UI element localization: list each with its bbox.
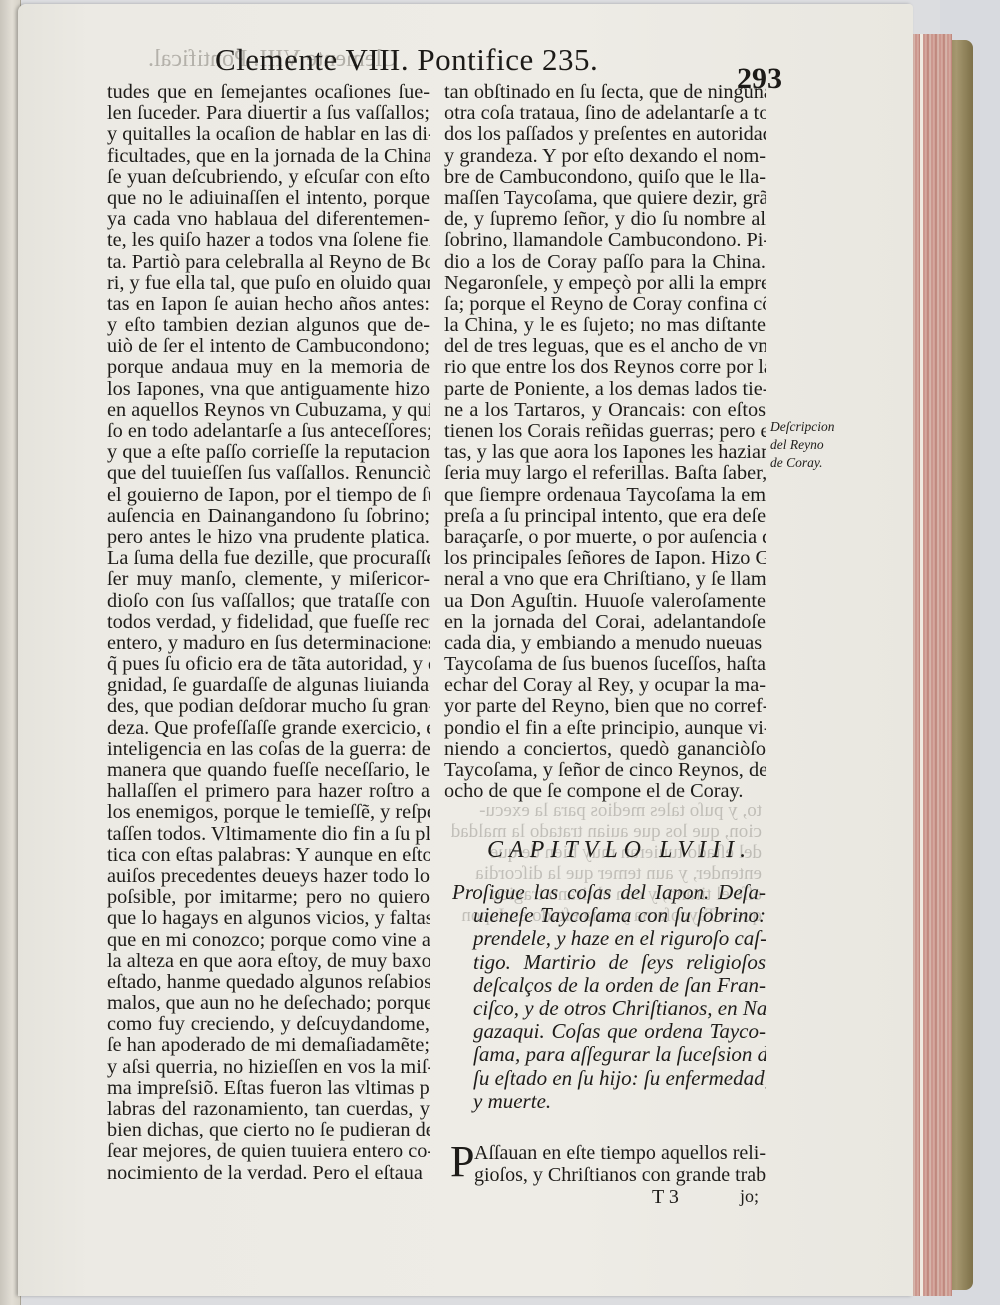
text-line: deſcalços de la orden de ſan Fran- — [452, 974, 766, 997]
text-line: ſa; porque el Reyno de Coray confina cõ — [444, 294, 766, 315]
text-line: prendele, y haze en el riguroſo caſ- — [452, 927, 766, 950]
text-line: y aſsi querria, no hizieſſen en vos la m… — [107, 1057, 430, 1078]
text-line: la China, y le es ſujeto; no mas diſtant… — [444, 315, 766, 336]
text-line: porque andaua muy en la memoria de — [107, 357, 430, 378]
text-line: los Iapones, vna que antiguamente hizo — [107, 379, 430, 400]
text-line: te, les quiſo hazer a todos vna ſolene f… — [107, 230, 430, 251]
text-line: auiſos precedentes deueys hazer todo lo — [107, 866, 430, 887]
text-line: y quitalles la ocaſion de hablar en las … — [107, 124, 430, 145]
text-line: ſe yuan deſcubriendo, y eſcuſar con eſto — [107, 167, 430, 188]
text-line: ficultades, que en la jornada de la Chin… — [107, 146, 430, 167]
text-line: yor parte del Reyno, bien que no corref- — [444, 696, 766, 717]
text-line: poſsible, por imitarme; pero no quiero — [107, 887, 430, 908]
text-line: pero antes le hizo vna prudente platica. — [107, 527, 430, 548]
text-line: el gouierno de Iapon, por el tiempo de ſ… — [107, 485, 430, 506]
text-line: otra coſa trataua, ſino de adelantarſe a… — [444, 103, 766, 124]
text-line: la alteza en que aora eſtoy, de muy baxo — [107, 951, 430, 972]
marginal-note: Deſcripcion del Reyno de Coray. — [770, 418, 850, 472]
text-line: cada dia, y embiando a menudo nueuas a — [444, 633, 766, 654]
text-line: dioſo con ſus vaſſallos; que trataſſe co… — [107, 591, 430, 612]
text-line: ſe han apoderado de mi demaſiadamẽte; — [107, 1035, 430, 1056]
marginal-note-line: del Reyno — [770, 436, 850, 454]
text-line: nocimiento de la verdad. Pero el eſtaua — [107, 1163, 430, 1184]
text-line: dos los paſſados y preſentes en autorida… — [444, 124, 766, 145]
text-line: ri, y fue ella tal, que puſo en oluido q… — [107, 273, 430, 294]
text-line: uiò de ſer el intento de Cambucondono; — [107, 336, 430, 357]
right-text-column: tan obſtinado en ſu ſecta, que de ningun… — [444, 82, 766, 802]
text-line: eſtado, hanme quedado algunos reſabios — [107, 972, 430, 993]
marginal-note-line: de Coray. — [770, 454, 850, 472]
text-line: como fuy creciendo, y deſcuydandome, — [107, 1014, 430, 1035]
text-line: tienen los Corais reñidas guerras; pero … — [444, 421, 766, 442]
text-line: niendo a conciertos, quedò gananciòſo — [444, 739, 766, 760]
text-line: ſear mejores, de quien tuuiera entero co… — [107, 1141, 430, 1162]
text-line: dio a los de Coray paſſo para la China. — [444, 252, 766, 273]
text-line: gioſos, y Chriſtianos con grande traba- — [452, 1165, 766, 1187]
text-line: uieneſe Taycoſama con ſu ſobrino: — [452, 904, 766, 927]
text-line: auſencia en Dainangandono ſu ſobrino; — [107, 506, 430, 527]
chapter-heading: CAPITVLO LVIII. — [487, 837, 767, 864]
text-line: tas, y las que aora los Iapones les hazi… — [444, 442, 766, 463]
text-line: tas en Iapon ſe auian hecho años antes: — [107, 294, 430, 315]
text-line: del de tres leguas, que es el ancho de v… — [444, 336, 766, 357]
text-line: echar del Coray al Rey, y ocupar la ma- — [444, 675, 766, 696]
signature-mark: T 3 — [652, 1186, 679, 1209]
text-line: baraçarſe, o por muerte, o por auſencia … — [444, 527, 766, 548]
text-line: preſa a ſu principal intento, que era de… — [444, 506, 766, 527]
text-line: de, y ſupremo ſeñor, y dio ſu nombre al — [444, 209, 766, 230]
text-line: ocho de que ſe compone el de Coray. — [444, 781, 766, 802]
text-line: y grandeza. Y por eſto dexando el nom- — [444, 146, 766, 167]
text-line: Taycoſama, y ſeñor de cinco Reynos, de — [444, 760, 766, 781]
text-line: y muerte. — [452, 1090, 766, 1113]
text-line: que ſiempre ordenaua Taycoſama la em — [444, 485, 766, 506]
text-line: inteligencia en las coſas de la guerra: … — [107, 739, 430, 760]
left-text-column: tudes que en ſemejantes ocaſiones ſue-le… — [107, 82, 430, 1184]
text-line: ſeria muy largo el referillas. Baſta ſab… — [444, 463, 766, 484]
text-line: ſo en todo adelantarſe a ſus anteceſſore… — [107, 421, 430, 442]
text-line: ma impreſsiõ. Eſtas fueron las vltimas p… — [107, 1078, 430, 1099]
text-line: malos, que aun no he deſechado; porque — [107, 993, 430, 1014]
text-line: tudes que en ſemejantes ocaſiones ſue- — [107, 82, 430, 103]
text-line: len ſuceder. Para diuertir a ſus vaſſall… — [107, 103, 430, 124]
text-line: que en mi conozco; porque como vine a — [107, 930, 430, 951]
text-line: ſer muy manſo, clemente, y miſericor- — [107, 569, 430, 590]
text-line: ciſco, y de otros Chriſtianos, en Nan — [452, 997, 766, 1020]
text-line: ua Don Aguſtin. Huuoſe valeroſamente — [444, 591, 766, 612]
text-line: ſama, para aſſegurar la ſuceſsion de — [452, 1043, 766, 1066]
text-line: tan obſtinado en ſu ſecta, que de ningun… — [444, 82, 766, 103]
text-line: ta. Partiò para celebralla al Reyno de B… — [107, 252, 430, 273]
text-line: los enemigos, porque le temieſſẽ, y reſp… — [107, 802, 430, 823]
text-line: Negaronſele, y empeçò por alli la empre — [444, 273, 766, 294]
text-line: que lo hagays en algunos vicios, y falta… — [107, 908, 430, 929]
text-line: labras del razonamiento, tan cuerdas, y — [107, 1099, 430, 1120]
text-line: Proſigue las coſas del Iapon. Deſa- — [452, 881, 766, 904]
text-line: gnidad, ſe guardaſſe de algunas liuianda… — [107, 675, 430, 696]
text-line: parte de Poniente, a los demas lados tie… — [444, 379, 766, 400]
text-line: hallaſſen el primero para hazer roſtro a — [107, 781, 430, 802]
text-line: gazaqui. Coſas que ordena Tayco- — [452, 1020, 766, 1043]
text-line: deza. Que profeſſaſſe grande exercicio, … — [107, 718, 430, 739]
text-line: y eſto tambien dezian algunos que de- — [107, 315, 430, 336]
text-line: ſu eſtado en ſu hijo: ſu enfermedad, — [452, 1067, 766, 1090]
text-line: ya cada vno hablaua del diferentemen- — [107, 209, 430, 230]
text-line: ne a los Tartaros, y Orancais: con eſtos — [444, 400, 766, 421]
chapter-summary: Proſigue las coſas del Iapon. Deſa-uiene… — [452, 881, 766, 1113]
running-head: Clemente VIII. Pontifice 235. — [215, 42, 645, 82]
text-line: rio que entre los dos Reynos corre por l… — [444, 357, 766, 378]
text-line: manera que quando fueſſe neceſſario, le — [107, 760, 430, 781]
marginal-note-line: Deſcripcion — [770, 418, 850, 436]
text-line: que del tuuieſſen ſus vaſſallos. Renunci… — [107, 463, 430, 484]
text-line: ſobrino, llamandole Cambucondono. Pi- — [444, 230, 766, 251]
text-line: taſſen todos. Vltimamente dio fin a ſu p… — [107, 824, 430, 845]
catchword: jo; — [740, 1186, 759, 1207]
text-line: La ſuma della fue dezille, que procuraſſ… — [107, 548, 430, 569]
text-line: en aquellos Reynos vn Cubuzama, y qui — [107, 400, 430, 421]
text-line: entero, y maduro en ſus determinaciones, — [107, 633, 430, 654]
text-line: des, que podian deſdorar mucho ſu gran- — [107, 696, 430, 717]
text-line: que no le adiuinaſſen el intento, porque — [107, 188, 430, 209]
text-line: tigo. Martirio de ſeys religioſos — [452, 951, 766, 974]
text-line: Taycoſama de ſus buenos ſuceſſos, haſta — [444, 654, 766, 675]
text-line: tica con eſtas palabras: Y aunque en eſt… — [107, 845, 430, 866]
text-line: bre de Cambucondono, quiſo que le lla- — [444, 167, 766, 188]
text-line: todos verdad, y fidelidad, que fueſſe re… — [107, 612, 430, 633]
text-line: bien dichas, que cierto no ſe pudieran d… — [107, 1120, 430, 1141]
text-line: maſſen Taycoſama, que quiere dezir, grã — [444, 188, 766, 209]
chapter-body: Aſſauan en eſte tiempo aquellos reli- gi… — [452, 1143, 766, 1186]
text-line: los principales ſeñores de Iapon. Hizo G… — [444, 548, 766, 569]
text-line: y que a eſte paſſo corrieſſe la reputaci… — [107, 442, 430, 463]
text-line: pondio el fin a eſte principio, aunque v… — [444, 718, 766, 739]
text-line: en la jornada del Corai, adelantandoſe — [444, 612, 766, 633]
show-through-line: to, y puſo tales medios para la execu- — [452, 800, 762, 821]
text-line: neral a vno que era Chriſtiano, y ſe lla… — [444, 569, 766, 590]
text-line: q̃ pues ſu oficio era de tãta autoridad,… — [107, 654, 430, 675]
text-line: Aſſauan en eſte tiempo aquellos reli- — [452, 1143, 766, 1165]
